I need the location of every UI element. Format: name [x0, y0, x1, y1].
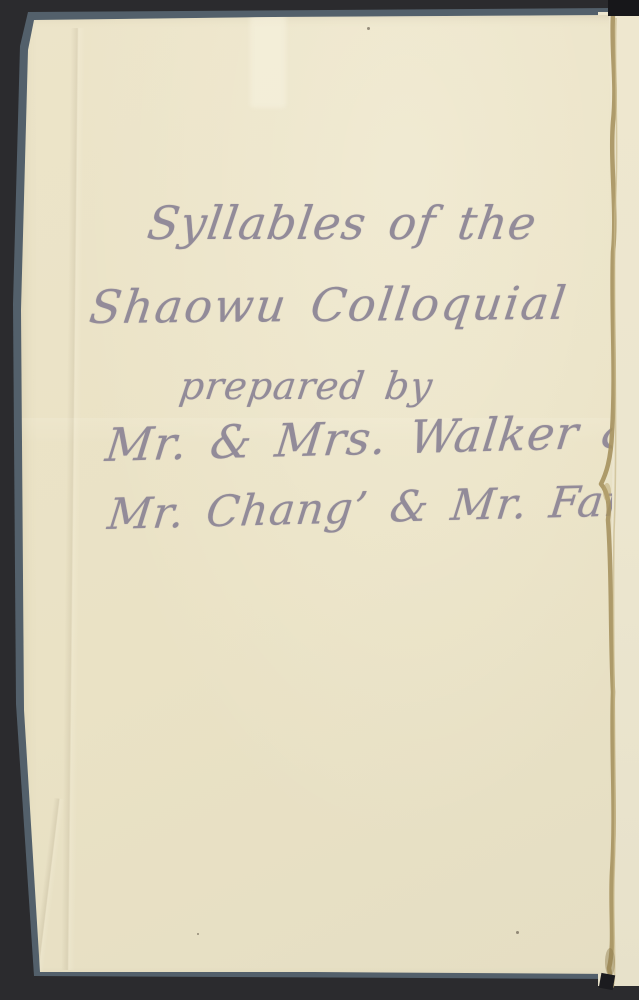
scan-gap-shadow [608, 0, 639, 16]
torn-paper-edge [596, 12, 626, 988]
handwriting-line: Mr. Chang’ & Mr. Fan⁶ [105, 476, 639, 540]
cover-corner-notch [599, 973, 615, 990]
handwriting-line: Shaowu Colloquial [86, 276, 570, 334]
handwriting-line: prepared by [177, 364, 436, 408]
handwriting-line: Syllables of the [144, 196, 540, 250]
handwriting-line: Mr. & Mrs. Walker & [103, 404, 639, 472]
scanned-book-page: Syllables of the Shaowu Colloquial prepa… [0, 0, 639, 1000]
notebook-page: Syllables of the Shaowu Colloquial prepa… [14, 10, 614, 982]
handwritten-title-inscription: Syllables of the Shaowu Colloquial prepa… [14, 10, 614, 982]
